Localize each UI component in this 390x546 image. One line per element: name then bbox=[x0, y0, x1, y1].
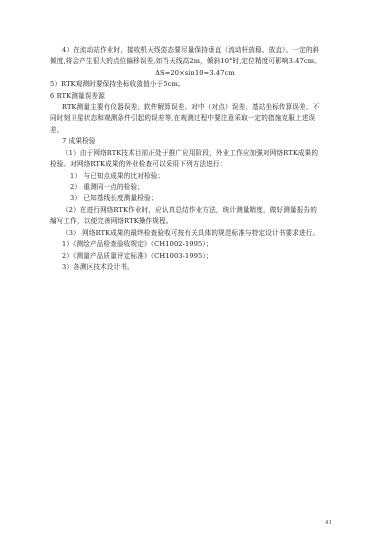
page-number: 41 bbox=[325, 520, 332, 526]
paragraph-line: 5）RTK观测时要保持坐标收敛值小于5cm。 bbox=[50, 80, 185, 89]
paragraph-line: 编写工作，以便完善网络RTK操作规程。 bbox=[50, 217, 173, 226]
list-item: 1）《测绘产品检查验收规定》（CH1002-1995）； bbox=[62, 240, 213, 249]
paragraph-line: 4）在流动站作业时，接收机天线姿态要尽量保持垂直（流动杆放稳、放直）。一定的斜 bbox=[62, 46, 319, 55]
section-heading: 6 RTK测量误差源 bbox=[50, 92, 105, 101]
list-item: 2）《测量产品质量评定标准》（CH1003-1995）； bbox=[62, 252, 213, 261]
paragraph-line: RTK测量主要有仪器误差、软件解算误差、对中（对点）误差、基站坐标传算误差、不 bbox=[62, 103, 319, 112]
formula-line: ΔS=20×sin10=3.47cm bbox=[50, 69, 340, 78]
list-item: 3） 已知基线长度测量检验； bbox=[70, 194, 158, 203]
paragraph-line: 同时刻卫星状态和观测条件引起的误差等,在观测过程中要注意采取一定的措施克服上述误 bbox=[50, 114, 315, 123]
paragraph-line: （2）在进行网络RTK作业时，应认真总结作业方法，统计测量精度，做好测量报告的 bbox=[62, 206, 317, 215]
document-page: 4）在流动站作业时，接收机天线姿态要尽量保持垂直（流动杆放稳、放直）。一定的斜 … bbox=[0, 0, 390, 546]
list-item: 3）各测区技术设计书。 bbox=[62, 263, 134, 272]
list-item: 2） 重测同一点的检验； bbox=[70, 183, 144, 192]
paragraph-line: （3） 网络RTK成果的最终检查验收可按有关具体的规范标准与特定设计书要求进行。 bbox=[62, 229, 319, 238]
paragraph-line: 检验。对网络RTK成果的外业检查可以采用下列方法进行： bbox=[50, 160, 226, 169]
paragraph-line: 倾度,将会产生很大的点位偏移误差,如当天线高2m，倾斜10°时,定位精度可影响3… bbox=[50, 57, 321, 66]
section-heading: 7 成果检验 bbox=[62, 137, 96, 146]
list-item: 1） 与已知点成果的比对检验； bbox=[70, 172, 164, 181]
paragraph-line: 差。 bbox=[50, 126, 64, 135]
paragraph-line: （1）由于网络RTK技术目前正处于推广应用阶段，外业工作应加强对网络RTK成果的 bbox=[62, 149, 318, 158]
